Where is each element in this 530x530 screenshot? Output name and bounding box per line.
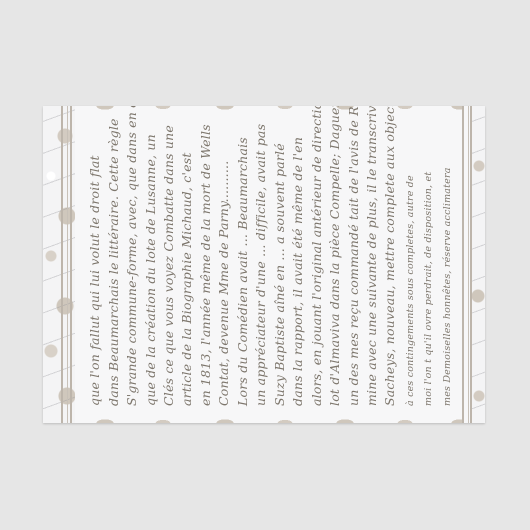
handwriting-text: lot d'Almaviva dans la pièce Compelle; D… [327, 106, 342, 406]
handwriting-line: moi l'on t qu'il ovre perdrait, de dispo… [419, 112, 437, 416]
handwriting-line: Lors du Comédien avait ... Beaumarchais [235, 112, 253, 416]
handwriting-line: à ces contingements sous completes, autr… [401, 112, 419, 416]
handwriting-text: Lors du Comédien avait ... Beaumarchais [235, 137, 250, 406]
frame-rule-right-outer [470, 106, 472, 423]
handwriting-line: Suzy Baptiste aîné en ... a souvent parl… [272, 112, 290, 416]
handwriting-line: un des mes reçu commandé tait de l'avis … [345, 112, 363, 416]
handwriting-text: un des mes reçu commandé tait de l'avis … [346, 106, 361, 406]
handwriting-line: Clés ce que vous voyez Combatte dans une [161, 112, 179, 416]
handwriting-line: Contat, devenue Mme de Parny.......... [216, 112, 234, 416]
handwriting-text: dans Beaumarchais le littéraire. Cette r… [106, 118, 121, 406]
manuscript-card: que l'on fallut qui lui volut le droit f… [43, 106, 485, 423]
handwriting-line: dans Beaumarchais le littéraire. Cette r… [105, 112, 123, 416]
frame-rule-right-mid [468, 106, 469, 423]
floral-border-right [472, 106, 485, 423]
handwriting-line: en 1813, l'année même de la mort de Well… [198, 112, 216, 416]
frame-rule-right-inner [462, 106, 464, 423]
handwriting-text: Contat, devenue Mme de Parny.......... [216, 161, 231, 406]
handwriting-line: lot d'Almaviva dans la pièce Compelle; D… [327, 112, 345, 416]
handwriting-text: Sacheys, nouveau, mettre complete aux ob… [382, 106, 397, 406]
handwriting-text: que l'on fallut qui lui volut le droit f… [87, 155, 102, 406]
handwriting-text: article de la Biographie Michaud, c'est [179, 152, 194, 406]
handwriting-text: dans la rapport, il avait été même de l'… [290, 137, 305, 406]
frame-rule-left-mid [67, 106, 68, 423]
handwriting-line: dans la rapport, il avait été même de l'… [290, 112, 308, 416]
handwriting-text: alors, en jouant l'original antérieur de… [309, 106, 324, 406]
floral-border-bottom [75, 417, 462, 423]
handwriting-line: mine avec une suivante de plus, il le tr… [364, 112, 382, 416]
product-scene: que l'on fallut qui lui volut le droit f… [0, 0, 530, 530]
handwriting-text: mine avec une suivante de plus, il le tr… [364, 106, 379, 406]
handwriting-text: un appréciateur d'une ... difficile, ava… [253, 124, 268, 406]
handwriting-line: un appréciateur d'une ... difficile, ava… [253, 112, 271, 416]
handwriting-text: en 1813, l'année même de la mort de Well… [198, 124, 213, 406]
handwriting-line: que de la création du lote de Lusanne, u… [142, 112, 160, 416]
handwriting-line: alors, en jouant l'original antérieur de… [308, 112, 326, 416]
handwriting-line: que l'on fallut qui lui volut le droit f… [87, 112, 105, 416]
frame-rule-left-inner [70, 106, 72, 423]
handwriting-text: à ces contingements sous completes, autr… [405, 175, 416, 406]
handwriting-panel: que l'on fallut qui lui volut le droit f… [77, 112, 460, 416]
handwriting-line: Sacheys, nouveau, mettre complete aux ob… [382, 112, 400, 416]
handwriting-text: Clés ce que vous voyez Combatte dans une [161, 125, 176, 406]
handwriting-line: mes Demoiselles honnêtes, réserve acclim… [438, 112, 456, 416]
handwriting-text: mes Demoiselles honnêtes, réserve acclim… [442, 167, 453, 406]
handwriting-text: Suzy Baptiste aîné en ... a souvent parl… [272, 143, 287, 406]
handwriting-line: S'grande commune-forme, avec, que dans e… [124, 112, 142, 416]
handwriting-text: que de la création du lote de Lusanne, u… [143, 134, 158, 406]
frame-rule-left-outer [61, 106, 63, 423]
handwriting-text: S'grande commune-forme, avec, que dans e… [124, 106, 139, 406]
handwriting-text: moi l'on t qu'il ovre perdrait, de dispo… [423, 172, 434, 406]
handwriting-line: article de la Biographie Michaud, c'est [179, 112, 197, 416]
